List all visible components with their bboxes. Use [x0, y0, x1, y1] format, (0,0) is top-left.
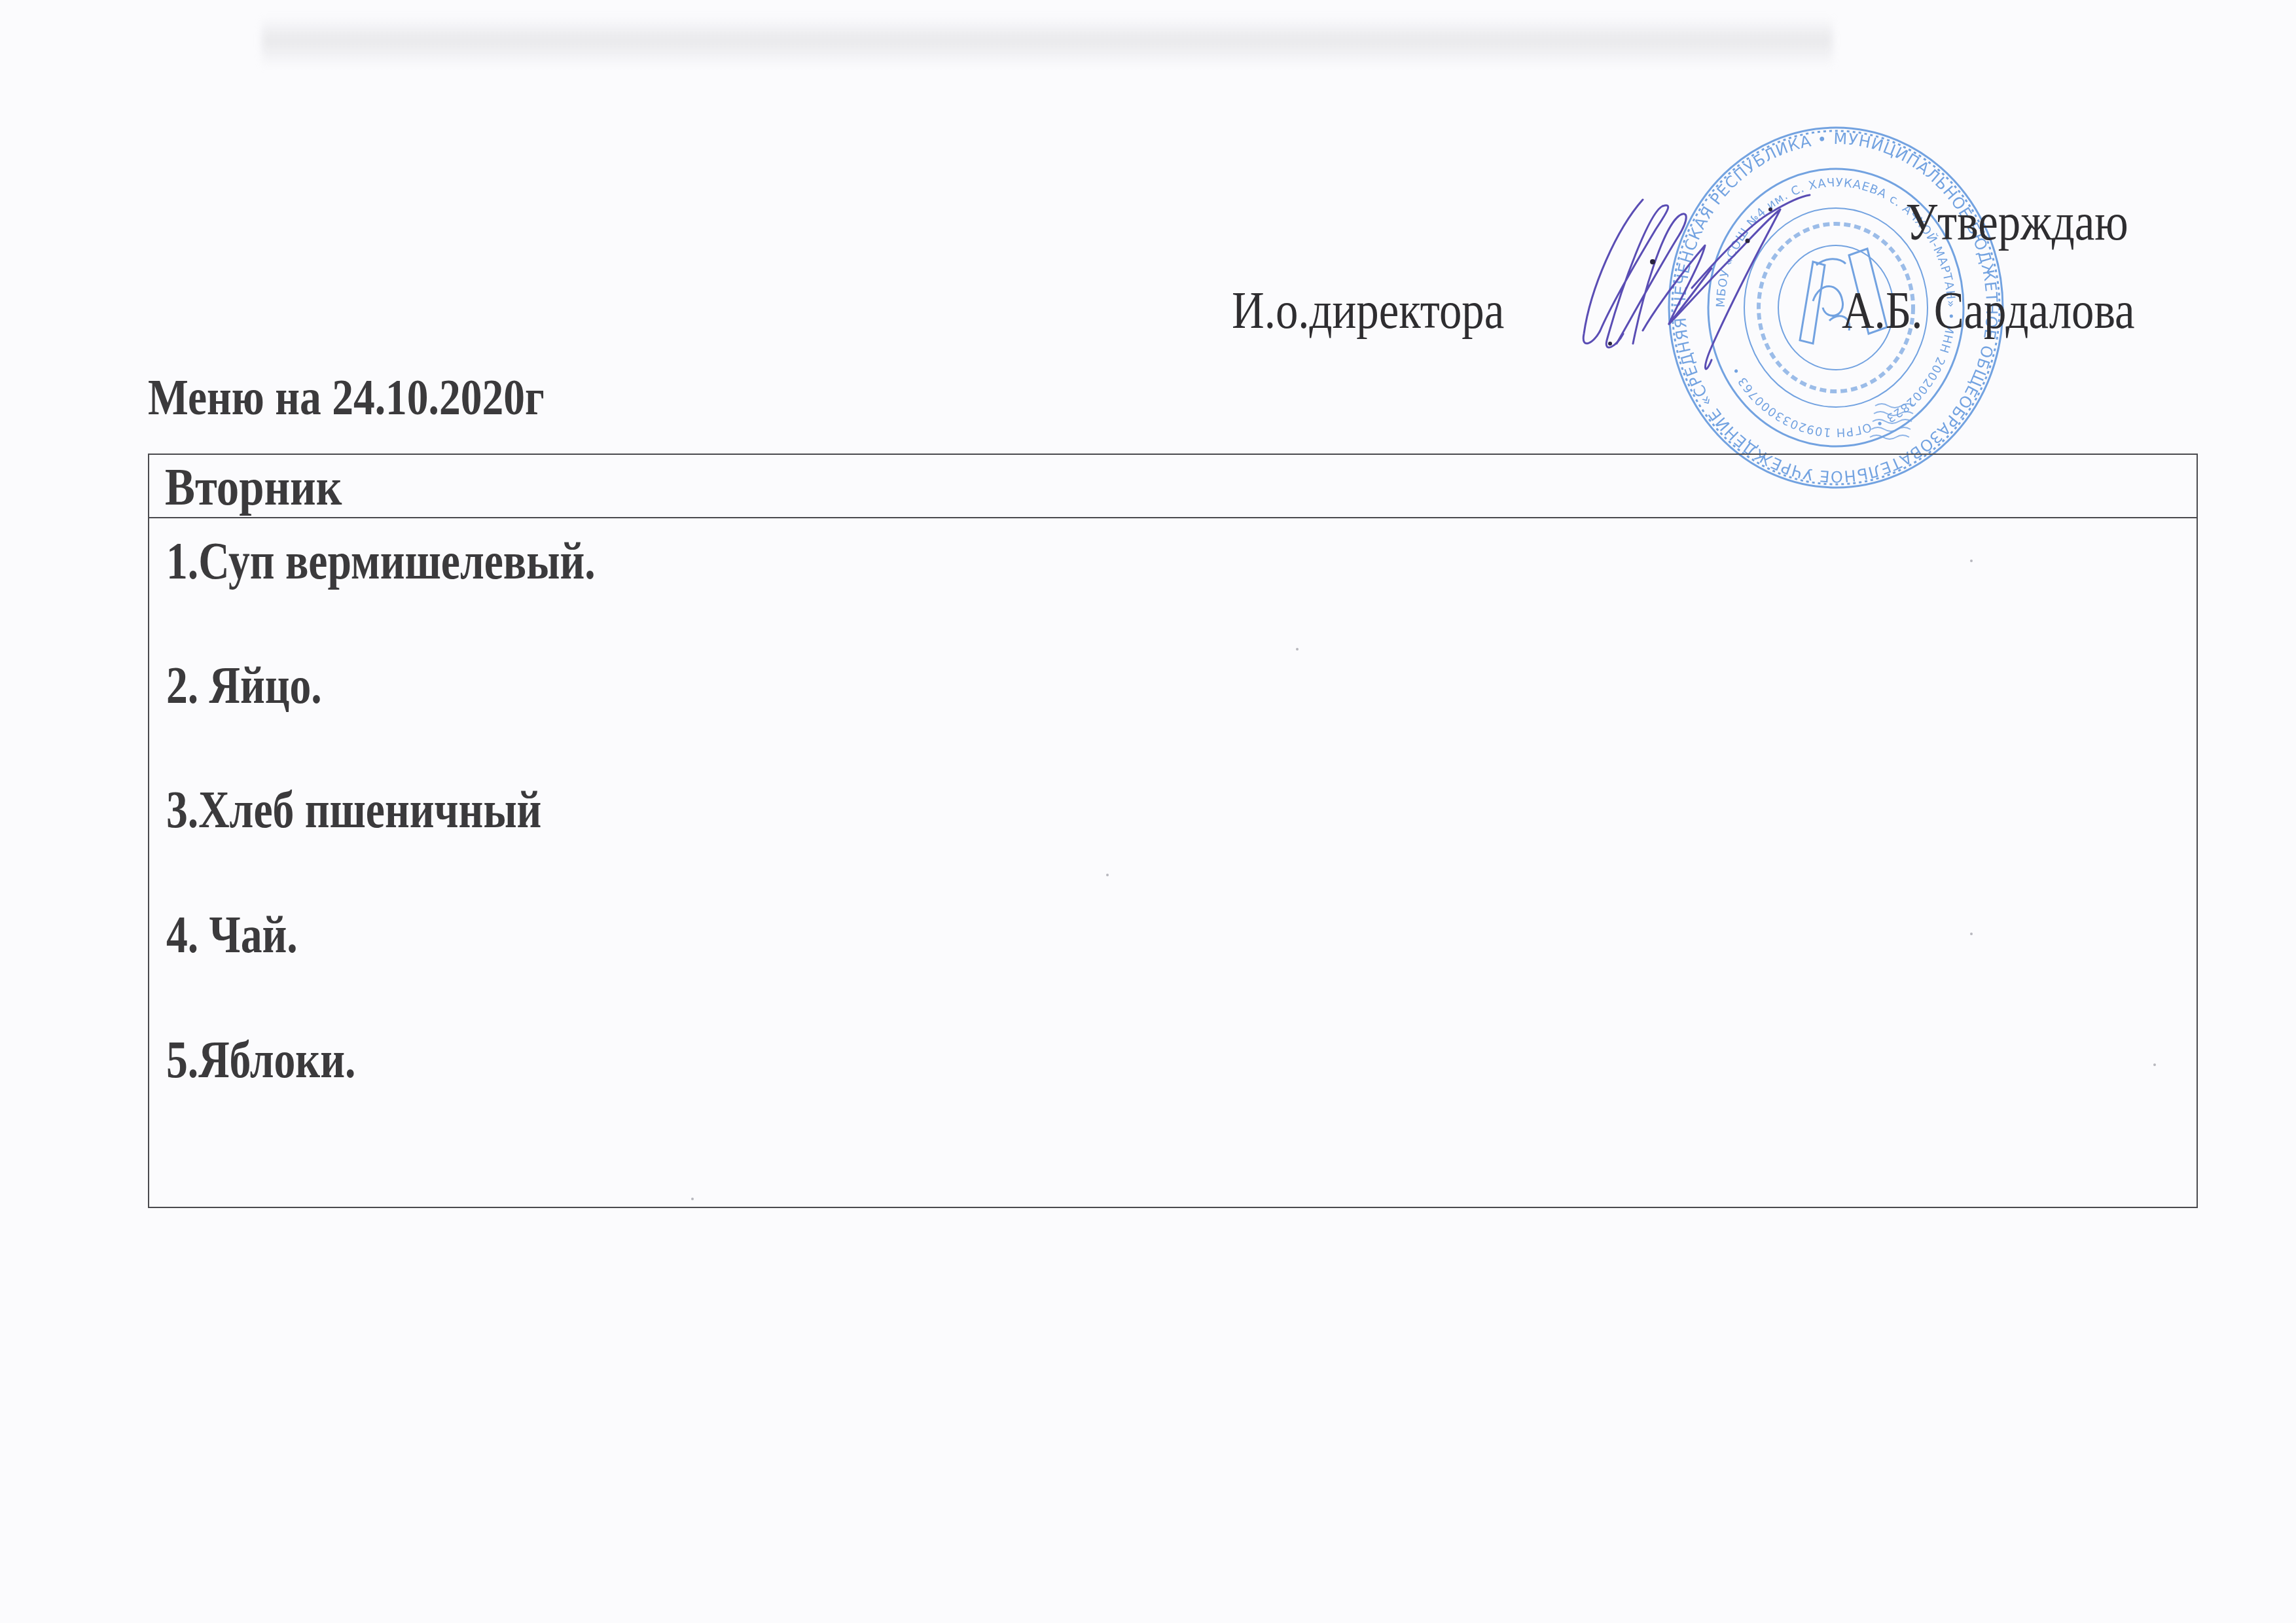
menu-item: 5.Яблоки. — [166, 1034, 355, 1086]
handwritten-signature-icon — [1571, 190, 1846, 386]
menu-item: 4. Чай. — [166, 909, 298, 961]
day-label: Вторник — [165, 461, 342, 514]
approval-block: ЧЕЧЕНСКАЯ РЕСПУБЛИКА • МУНИЦИПАЛЬНОЕ БЮД… — [0, 0, 2296, 393]
menu-item: 1.Суп вермишелевый. — [166, 535, 596, 588]
menu-table: Вторник 1.Суп вермишелевый. 2. Яйцо. 3.Х… — [148, 454, 2198, 1208]
menu-item: 3.Хлеб пшеничный — [166, 784, 541, 836]
menu-title: Меню на 24.10.2020г — [148, 372, 545, 423]
menu-item: 2. Яйцо. — [166, 660, 322, 712]
approval-heading: Утверждаю — [1906, 196, 2128, 249]
signatory-name: А.Б. Сардалова — [1842, 285, 2135, 337]
day-header-row: Вторник — [149, 455, 2197, 518]
signatory-role: И.о.директора — [1232, 285, 1504, 337]
